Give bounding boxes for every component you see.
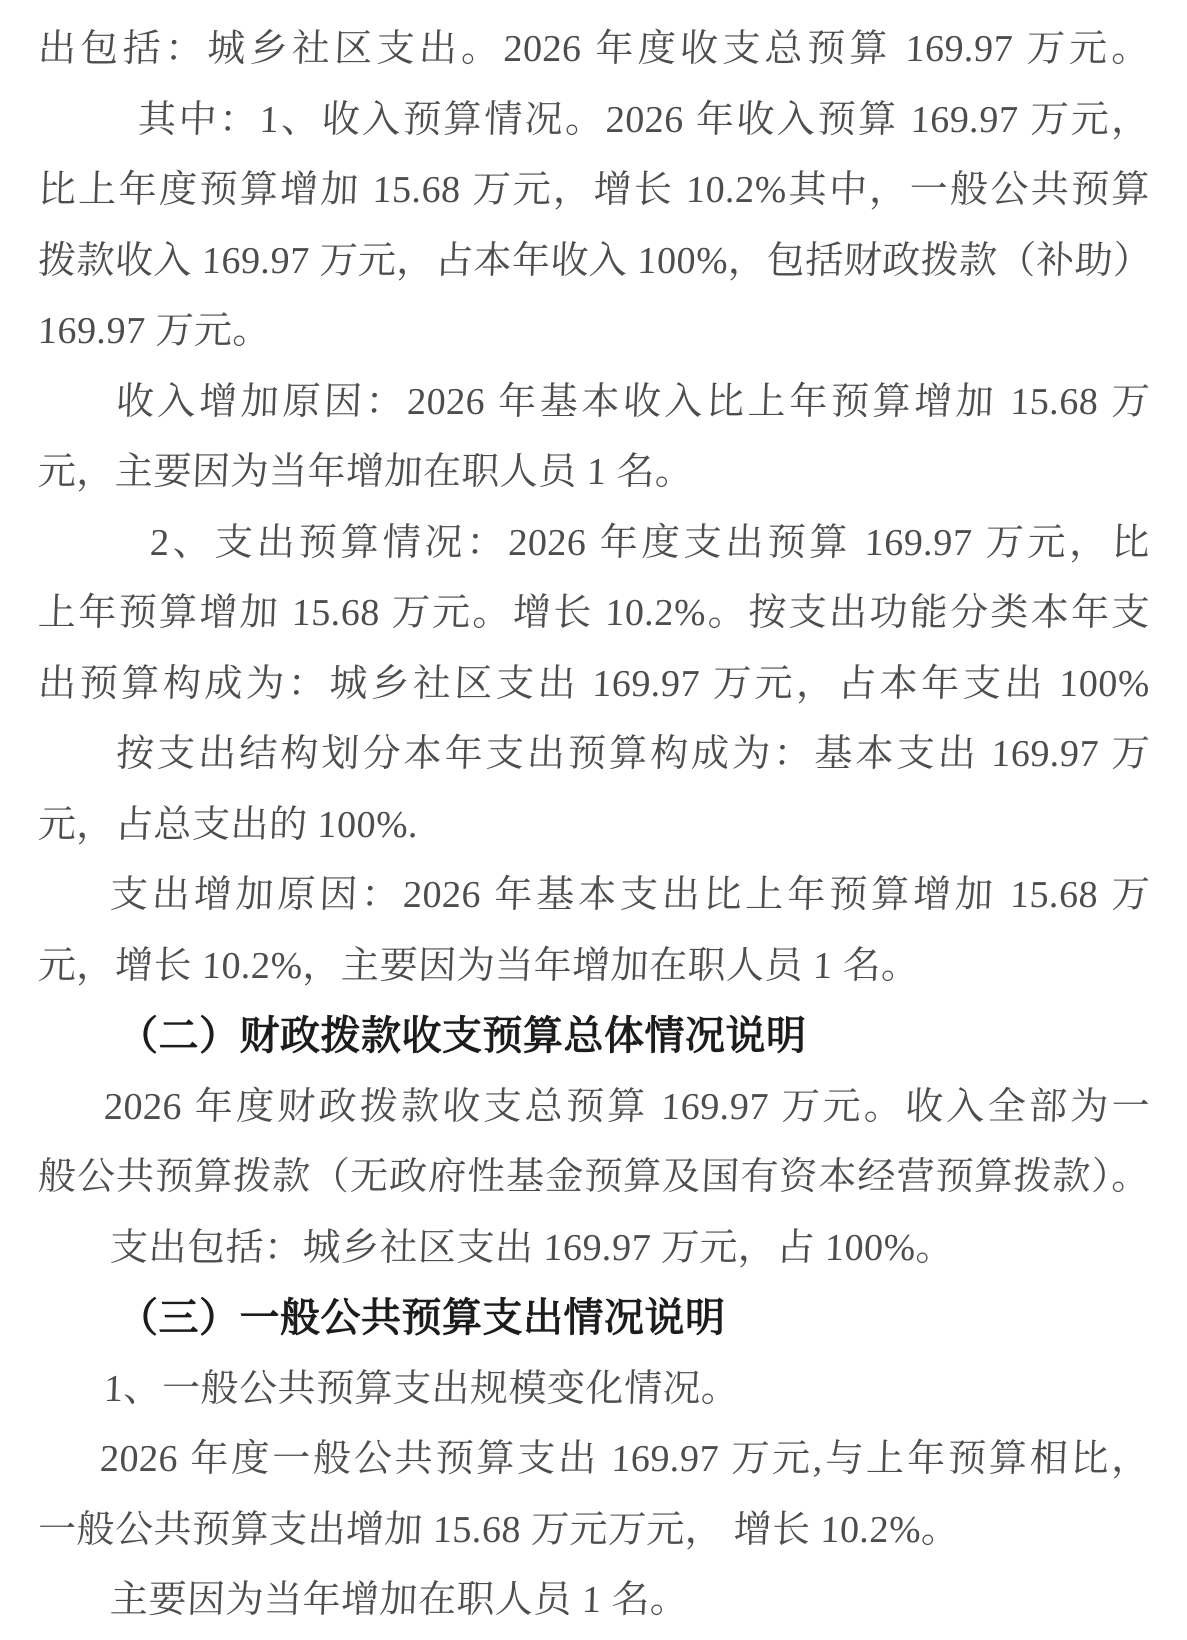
text-line: 2026 年度一般公共预算支出 169.97 万元,与上年预算相比， bbox=[37, 1424, 1151, 1495]
text-line: 2、支出预算情况：2026 年度支出预算 169.97 万元，比 bbox=[37, 508, 1151, 579]
section-heading: （二）财政拨款收支预算总体情况说明 bbox=[38, 1001, 1150, 1072]
text-line: 比上年度预算增加 15.68 万元，增长 10.2%其中，一般公共预算 bbox=[37, 155, 1151, 226]
text-line: 元，增长 10.2%，主要因为当年增加在职人员 1 名。 bbox=[37, 931, 1151, 1002]
text-line: 上年预算增加 15.68 万元。增长 10.2%。按支出功能分类本年支 bbox=[37, 578, 1151, 649]
text-line: 收入增加原因：2026 年基本收入比上年预算增加 15.68 万 bbox=[37, 367, 1151, 438]
text-line: 元，占总支出的 100%. bbox=[37, 790, 1151, 861]
text-line: 般公共预算拨款（无政府性基金预算及国有资本经营预算拨款）。 bbox=[37, 1142, 1151, 1213]
text-line: 169.97 万元。 bbox=[37, 296, 1151, 367]
text-line: 出预算构成为：城乡社区支出 169.97 万元，占本年支出 100% bbox=[37, 649, 1151, 720]
text-line: 拨款收入 169.97 万元，占本年收入 100%，包括财政拨款（补助） bbox=[37, 226, 1151, 297]
document-page: 出包括：城乡社区支出。2026 年度收支总预算 169.97 万元。其中：1、收… bbox=[0, 0, 1187, 1640]
section-heading: （三）一般公共预算支出情况说明 bbox=[38, 1283, 1150, 1354]
text-line: 一般公共预算支出增加 15.68 万元万元， 增长 10.2%。 bbox=[37, 1495, 1151, 1566]
text-line: 2026 年度财政拨款收支总预算 169.97 万元。收入全部为一 bbox=[37, 1072, 1151, 1143]
text-line: 支出增加原因：2026 年基本支出比上年预算增加 15.68 万 bbox=[37, 860, 1151, 931]
text-line: 支出包括：城乡社区支出 169.97 万元，占 100%。 bbox=[37, 1213, 1151, 1284]
text-line: 出包括：城乡社区支出。2026 年度收支总预算 169.97 万元。 bbox=[37, 14, 1151, 85]
text-line: 1、一般公共预算支出规模变化情况。 bbox=[37, 1354, 1151, 1425]
text-line: 主要因为当年增加在职人员 1 名。 bbox=[37, 1565, 1151, 1636]
text-line: 其中：1、收入预算情况。2026 年收入预算 169.97 万元， bbox=[37, 85, 1151, 156]
text-line: 元，主要因为当年增加在职人员 1 名。 bbox=[37, 437, 1151, 508]
text-line: 按支出结构划分本年支出预算构成为：基本支出 169.97 万 bbox=[37, 719, 1151, 790]
